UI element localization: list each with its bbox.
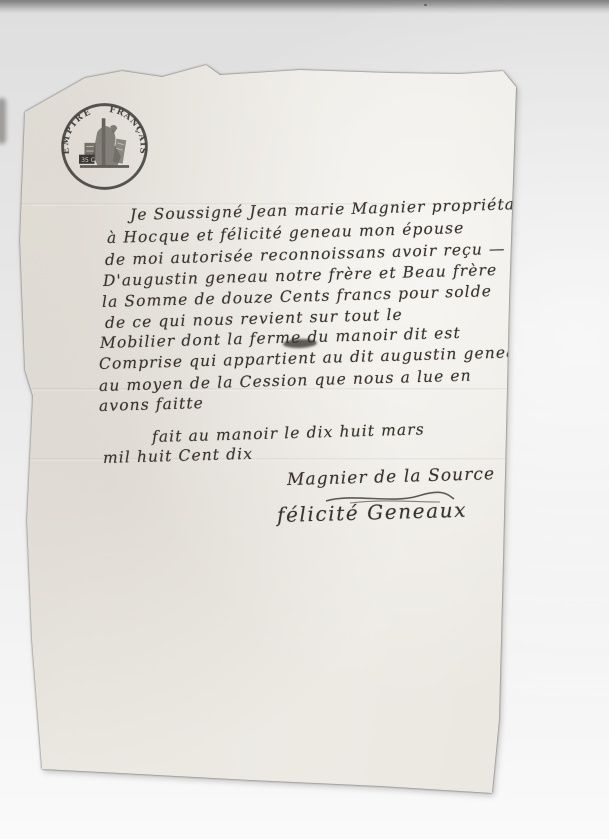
closing-line-date: fait au manoir le dix huit mars bbox=[152, 420, 425, 446]
manuscript-line: Je Soussigné Jean marie Magnier propriét… bbox=[130, 195, 540, 224]
closing-line-year: mil huit Cent dix bbox=[103, 445, 254, 467]
empire-francais-revenue-stamp: EMPIRE FRANÇAIS bbox=[59, 101, 150, 192]
stamp-denomination: 35 C bbox=[81, 158, 95, 164]
stamp-denomination-plaque: 35 C bbox=[79, 155, 95, 164]
manuscript-line: avons faitte bbox=[99, 394, 204, 415]
signature-felicite: félicité Geneaux bbox=[277, 498, 468, 527]
ink-blot-correction bbox=[283, 338, 317, 348]
signature-magnier: Magnier de la Source bbox=[287, 464, 496, 490]
paper-sheet-wrapper: EMPIRE FRANÇAIS bbox=[0, 0, 609, 839]
paper-sheet: EMPIRE FRANÇAIS bbox=[0, 0, 609, 839]
scanned-document: EMPIRE FRANÇAIS bbox=[0, 0, 609, 839]
paper-crease bbox=[20, 458, 510, 461]
